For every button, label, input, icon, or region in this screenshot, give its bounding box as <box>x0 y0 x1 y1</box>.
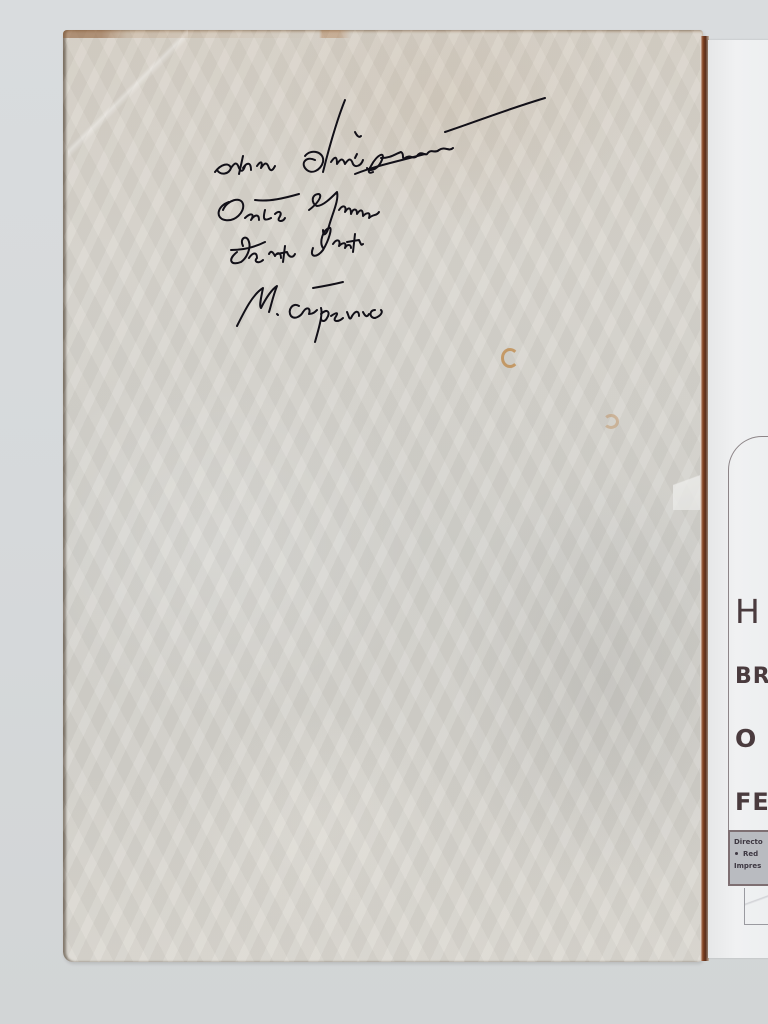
credits-line: Impres <box>734 860 768 872</box>
signature-4 <box>237 282 382 342</box>
cover-title-fragment: O <box>735 724 757 753</box>
rust-stain <box>501 348 519 368</box>
printed-cover-page: H BR O FE Directo Red Impres <box>708 40 768 958</box>
credits-line-text: Red <box>743 850 758 858</box>
cover-title-fragment: FE <box>735 788 768 816</box>
signature-3 <box>231 228 363 263</box>
bullet-icon <box>735 852 738 855</box>
cover-title-fragment: BR <box>735 664 768 689</box>
cover-title-fragment: H <box>735 592 761 631</box>
signatures-block: António Pinnia Sarananto Paulo Martins F… <box>195 92 555 342</box>
signature-1 <box>215 98 545 174</box>
document-photo: António Pinnia Sarananto Paulo Martins F… <box>0 0 768 1024</box>
torn-edge <box>673 460 703 510</box>
credits-line: Directo <box>734 836 768 848</box>
rust-stain <box>603 414 619 429</box>
signature-ink <box>195 92 555 342</box>
page-crease <box>68 30 188 170</box>
credits-line: Red <box>734 848 768 860</box>
cover-illustration <box>744 888 768 925</box>
credits-box: Directo Red Impres <box>728 830 768 886</box>
